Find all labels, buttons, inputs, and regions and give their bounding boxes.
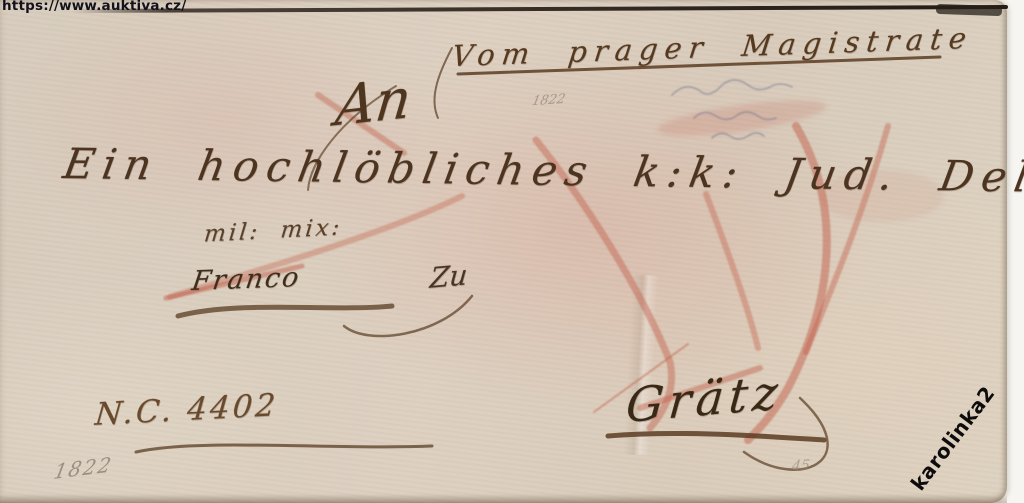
envelope-bottom-shadow xyxy=(0,494,1007,503)
pencil-rate: 45 xyxy=(791,457,811,474)
scan-background: Vom prager Magistrate An 1822 Ein hochlö… xyxy=(0,0,1024,503)
source-url-text: https://www.auktiva.cz/ xyxy=(2,0,186,14)
zu-note: Zu xyxy=(429,258,469,295)
envelope-top-edge-smudge xyxy=(936,4,1002,16)
envelope-top-edge xyxy=(72,5,1008,13)
pencil-year-top: 1822 xyxy=(531,92,567,110)
salutation-an: An xyxy=(333,66,415,139)
franco-note: Franco xyxy=(190,262,303,297)
